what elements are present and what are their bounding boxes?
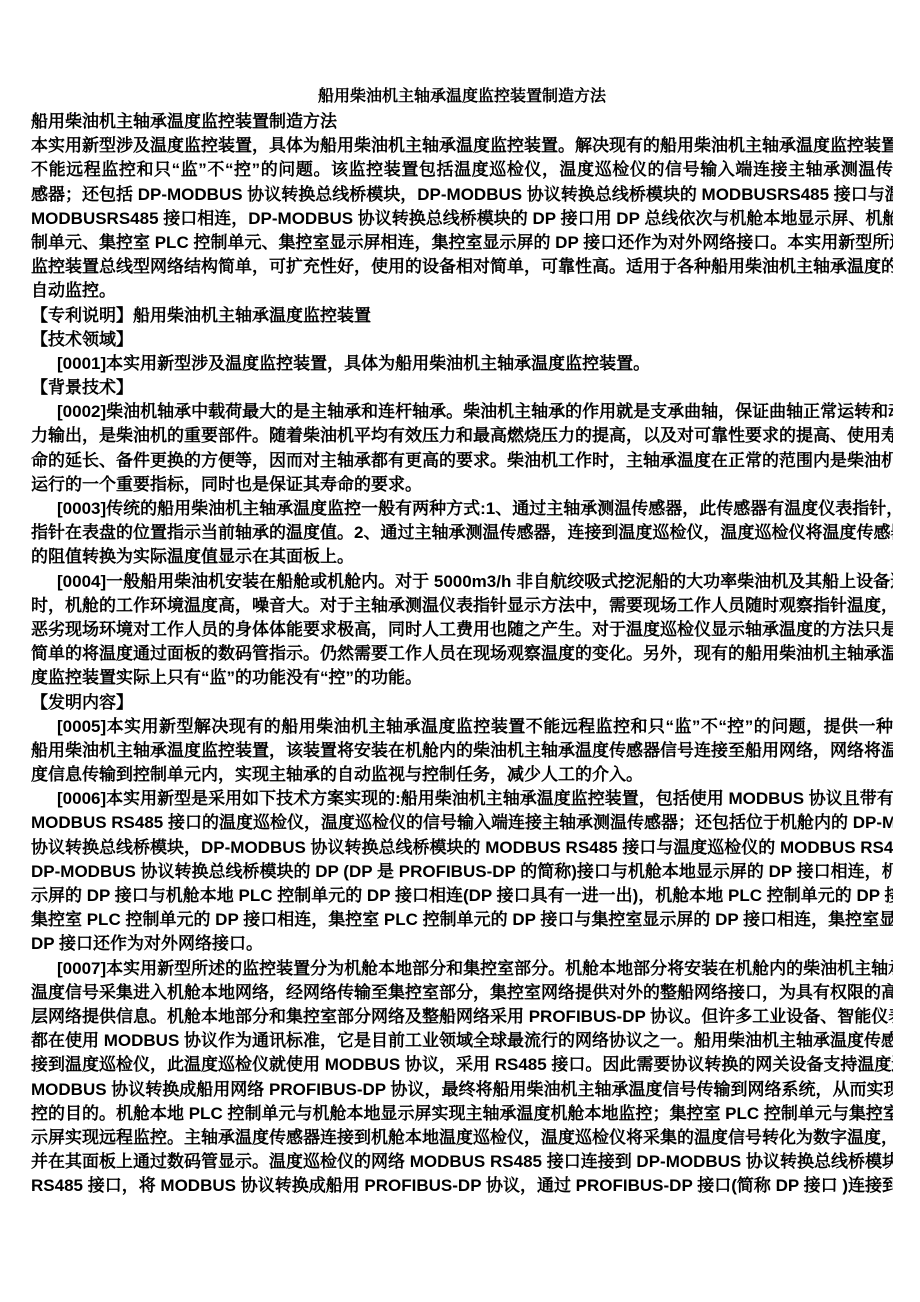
section-heading: 【专利说明】船用柴油机主轴承温度监控装置: [31, 304, 893, 328]
text-line: 度信息传输到控制单元内，实现主轴承的自动监视与控制任务，减少人工的介入。: [31, 763, 893, 787]
text-line: 接到温度巡检仪，此温度巡检仪就使用 MODBUS 协议，采用 RS485 接口。…: [31, 1053, 893, 1077]
text-line: 的阻值转换为实际温度值显示在其面板上。: [31, 545, 893, 569]
text-line: 制单元、集控室 PLC 控制单元、集控室显示屏相连，集控室显示屏的 DP 接口还…: [31, 231, 893, 255]
section-heading: 【技术领域】: [31, 328, 893, 352]
text-line: MODBUSRS485 接口相连，DP-MODBUS 协议转换总线桥模块的 DP…: [31, 207, 893, 231]
text-line: 并在其面板上通过数码管显示。温度巡检仪的网络 MODBUS RS485 接口连接…: [31, 1150, 893, 1174]
text-line: 监控装置总线型网络结构简单，可扩充性好，使用的设备相对简单，可靠性高。适用于各种…: [31, 255, 893, 279]
text-line: 自动监控。: [31, 279, 893, 303]
text-line: 船用柴油机主轴承温度监控装置，该装置将安装在机舱内的柴油机主轴承温度传感器信号连…: [31, 739, 893, 763]
text-line: 度监控装置实际上只有“监”的功能没有“控”的功能。: [31, 666, 893, 690]
patent-document-page: 船用柴油机主轴承温度监控装置制造方法 船用柴油机主轴承温度监控装置制造方法本实用…: [0, 0, 920, 1302]
text-line: 都在使用 MODBUS 协议作为通讯标准，它是目前工业领域全球最流行的网络协议之…: [31, 1029, 893, 1053]
text-line: [0002]柴油机轴承中载荷最大的是主轴承和连杆轴承。柴油机主轴承的作用就是支承…: [31, 400, 893, 424]
text-line: DP 接口还作为对外网络接口。: [31, 932, 893, 956]
text-line: RS485 接口，将 MODBUS 协议转换成船用 PROFIBUS-DP 协议…: [31, 1174, 893, 1198]
text-line: [0003]传统的船用柴油机主轴承温度监控一般有两种方式:1、通过主轴承测温传感…: [31, 497, 893, 521]
document-lines: 船用柴油机主轴承温度监控装置制造方法本实用新型涉及温度监控装置，具体为船用柴油机…: [31, 110, 893, 1198]
text-line: 时，机舱的工作环境温度高，噪音大。对于主轴承测温仪表指针显示方法中，需要现场工作…: [31, 594, 893, 618]
section-heading: 【发明内容】: [31, 691, 893, 715]
text-line: [0001]本实用新型涉及温度监控装置，具体为船用柴油机主轴承温度监控装置。: [31, 352, 893, 376]
text-line: 简单的将温度通过面板的数码管指示。仍然需要工作人员在现场观察温度的变化。另外，现…: [31, 642, 893, 666]
text-line: 船用柴油机主轴承温度监控装置制造方法: [31, 110, 893, 134]
text-line: [0005]本实用新型解决现有的船用柴油机主轴承温度监控装置不能远程监控和只“监…: [31, 715, 893, 739]
section-heading: 【背景技术】: [31, 376, 893, 400]
text-line: 运行的一个重要指标，同时也是保证其寿命的要求。: [31, 473, 893, 497]
document-title: 船用柴油机主轴承温度监控装置制造方法: [31, 84, 893, 110]
document-content: 船用柴油机主轴承温度监控装置制造方法 船用柴油机主轴承温度监控装置制造方法本实用…: [0, 0, 920, 1198]
text-line: 层网络提供信息。机舱本地部分和集控室部分网络及整船网络采用 PROFIBUS-D…: [31, 1005, 893, 1029]
text-line: 温度信号采集进入机舱本地网络，经网络传输至集控室部分，集控室网络提供对外的整船网…: [31, 981, 893, 1005]
text-line: [0007]本实用新型所述的监控装置分为机舱本地部分和集控室部分。机舱本地部分将…: [31, 957, 893, 981]
text-line: 恶劣现场环境对工作人员的身体体能要求极高，同时人工费用也随之产生。对于温度巡检仪…: [31, 618, 893, 642]
text-line: 示屏实现远程监控。主轴承温度传感器连接到机舱本地温度巡检仪，温度巡检仪将采集的温…: [31, 1126, 893, 1150]
text-line: 集控室 PLC 控制单元的 DP 接口相连，集控室 PLC 控制单元的 DP 接…: [31, 908, 893, 932]
text-line: [0004]一般船用柴油机安装在船舱或机舱内。对于 5000m3/h 非自航绞吸…: [31, 570, 893, 594]
text-line: 指针在表盘的位置指示当前轴承的温度值。2、通过主轴承测温传感器，连接到温度巡检仪…: [31, 521, 893, 545]
text-line: 控的目的。机舱本地 PLC 控制单元与机舱本地显示屏实现主轴承温度机舱本地监控；…: [31, 1102, 893, 1126]
text-line: 不能远程监控和只“监”不“控”的问题。该监控装置包括温度巡检仪，温度巡检仪的信号…: [31, 158, 893, 182]
text-line: DP-MODBUS 协议转换总线桥模块的 DP (DP 是 PROFIBUS-D…: [31, 860, 893, 884]
text-line: 力输出，是柴油机的重要部件。随着柴油机平均有效压力和最高燃烧压力的提高，以及对可…: [31, 424, 893, 448]
text-line: 协议转换总线桥模块，DP-MODBUS 协议转换总线桥模块的 MODBUS RS…: [31, 836, 893, 860]
text-line: MODBUS 协议转换成船用网络 PROFIBUS-DP 协议，最终将船用柴油机…: [31, 1078, 893, 1102]
text-line: 本实用新型涉及温度监控装置，具体为船用柴油机主轴承温度监控装置。解决现有的船用柴…: [31, 134, 893, 158]
text-line: 示屏的 DP 接口与机舱本地 PLC 控制单元的 DP 接口相连(DP 接口具有…: [31, 884, 893, 908]
text-line: [0006]本实用新型是采用如下技术方案实现的:船用柴油机主轴承温度监控装置，包…: [31, 787, 893, 811]
text-line: 感器；还包括 DP-MODBUS 协议转换总线桥模块，DP-MODBUS 协议转…: [31, 183, 893, 207]
text-line: 命的延长、备件更换的方便等，因而对主轴承都有更高的要求。柴油机工作时，主轴承温度…: [31, 449, 893, 473]
text-line: MODBUS RS485 接口的温度巡检仪，温度巡检仪的信号输入端连接主轴承测温…: [31, 811, 893, 835]
